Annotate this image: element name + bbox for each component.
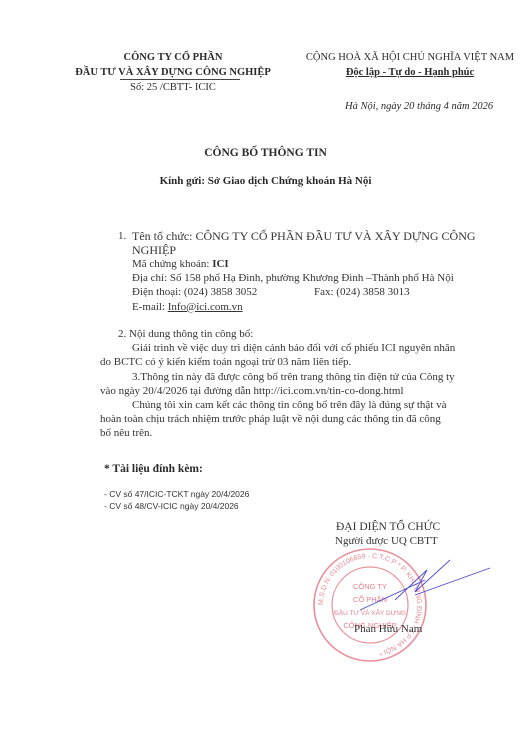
org-name-text: Tên tổ chức: CÔNG TY CỔ PHẦN ĐẦU TƯ VÀ X… [132, 229, 476, 243]
address: Địa chỉ: Số 158 phố Hạ Đình, phường Khươ… [132, 271, 476, 285]
attachments-heading: * Tài liệu đính kèm: [104, 463, 203, 475]
recipient: Kính gửi: Sở Giao dịch Chứng khoán Hà Nộ… [0, 175, 531, 187]
email-label: E-mail: [132, 301, 168, 313]
para2-line2: vào ngày 20/4/2026 tại đường dẫn http://… [100, 384, 455, 398]
signatory-role: ĐẠI DIỆN TỔ CHỨC [336, 521, 440, 533]
section-1: 1. Tên tổ chức: CÔNG TY CỔ PHẦN ĐẦU TƯ V… [118, 229, 476, 314]
ticker-label: Mã chứng khoán: [132, 258, 212, 270]
company-name-line1: CÔNG TY CỔ PHẦN [60, 50, 286, 65]
org-name: Tên tổ chức: CÔNG TY CỔ PHẦN ĐẦU TƯ VÀ X… [132, 229, 476, 243]
national-motto: Độc lập - Tự do - Hạnh phúc [346, 67, 474, 78]
fax: Fax: (024) 3858 3013 [314, 285, 410, 299]
section-2-heading: 2. Nội dung thông tin công bố: [118, 327, 455, 341]
section-2-number: 2. [118, 328, 126, 340]
nation-title: CỘNG HOÀ XÃ HỘI CHỦ NGHĨA VIỆT NAM [292, 50, 528, 65]
company-underline [120, 79, 240, 80]
phone: Điện thoại: (024) 3858 3052 [132, 286, 257, 298]
para3-line2: hoàn toàn chịu trách nhiệm trước pháp lu… [100, 412, 455, 426]
email-link[interactable]: Info@ici.com.vn [168, 301, 243, 313]
section-2: 2. Nội dung thông tin công bố: Giải trìn… [100, 327, 455, 441]
attachment-item: - CV số 48/CV-ICIC ngày 20/4/2026 [104, 501, 239, 511]
signatory-name: Phan Hữu Nam [354, 623, 422, 635]
company-name-text: ĐẦU TƯ VÀ XÂY DỰNG CÔNG NGHIỆP [75, 67, 271, 78]
company-header: CÔNG TY CỔ PHẦN ĐẦU TƯ VÀ XÂY DỰNG CÔNG … [60, 50, 286, 95]
para2-line1: 3.Thông tin này đã được công bố trên tra… [132, 370, 455, 384]
national-header: CỘNG HOÀ XÃ HỘI CHỦ NGHĨA VIỆT NAM Độc l… [292, 50, 528, 80]
para1-line1: Giải trình về việc duy trì diện cảnh báo… [132, 341, 455, 355]
email-row: E-mail: Info@ici.com.vn [132, 300, 476, 314]
org-name-cont: NGHIỆP [132, 243, 476, 257]
section-1-number: 1. [118, 229, 126, 243]
contact-row: Điện thoại: (024) 3858 3052 Fax: (024) 3… [132, 285, 476, 299]
company-name-line2: ĐẦU TƯ VÀ XÂY DỰNG CÔNG NGHIỆP [60, 65, 286, 80]
section-2-title: Nội dung thông tin công bố: [129, 328, 253, 340]
document-title: CÔNG BỐ THÔNG TIN [0, 147, 531, 159]
ticker-value: ICI [212, 258, 229, 270]
document-number: Số: 25 /CBTT- ICIC [60, 80, 286, 95]
document-date: Hà Nội, ngày 20 tháng 4 năm 2026 [345, 101, 493, 112]
para1-line2: do BCTC có ý kiến kiểm toán ngoại trừ 03… [100, 355, 455, 369]
ticker-row: Mã chứng khoán: ICI [132, 257, 476, 271]
para3-line3: bố nêu trên. [100, 426, 455, 440]
para3-line1: Chúng tôi xin cam kết các thông tin công… [132, 398, 455, 412]
attachment-item: - CV số 47/ICIC-TCKT ngày 20/4/2026 [104, 489, 249, 499]
handwritten-signature-icon [355, 540, 495, 620]
